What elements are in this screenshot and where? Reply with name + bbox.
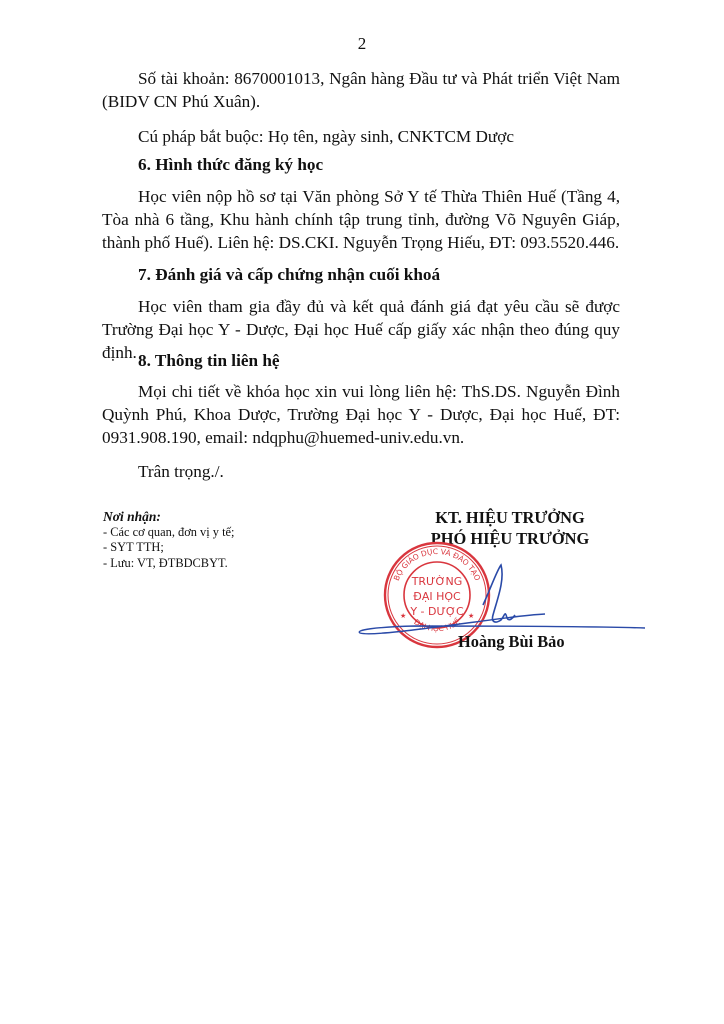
recipient-item: - Lưu: VT, ĐTBDCBYT. [103,556,234,572]
section-6-heading: 6. Hình thức đăng ký học [138,155,323,175]
recipient-item: - Các cơ quan, đơn vị y tế; [103,525,234,541]
signer-name: Hoàng Bùi Bảo [458,632,565,652]
section-8-heading: 8. Thông tin liên hệ [138,351,280,371]
closing-text: Trân trọng./. [102,460,620,483]
recipients-title: Nơi nhận: [103,509,234,525]
section-6-body: Học viên nộp hồ sơ tại Văn phòng Sở Y tế… [102,185,620,254]
signer-authority: KT. HIỆU TRƯỞNG [380,507,640,528]
section-7-heading: 7. Đánh giá và cấp chứng nhận cuối khoá [138,265,440,285]
syntax-paragraph: Cú pháp bắt buộc: Họ tên, ngày sinh, CNK… [102,125,620,148]
syntax-text: Cú pháp bắt buộc: Họ tên, ngày sinh, CNK… [102,125,620,148]
recipients-block: Nơi nhận: - Các cơ quan, đơn vị y tế; - … [103,509,234,571]
closing-paragraph: Trân trọng./. [102,460,620,483]
page-number: 2 [0,34,724,54]
handwritten-signature-icon [355,560,645,640]
section-8-body: Mọi chi tiết về khóa học xin vui lòng li… [102,380,620,449]
section-6-text: Học viên nộp hồ sơ tại Văn phòng Sở Y tế… [102,185,620,254]
account-text: Số tài khoản: 8670001013, Ngân hàng Đầu … [102,67,620,113]
recipient-item: - SYT TTH; [103,540,234,556]
account-paragraph: Số tài khoản: 8670001013, Ngân hàng Đầu … [102,67,620,113]
section-8-text: Mọi chi tiết về khóa học xin vui lòng li… [102,380,620,449]
